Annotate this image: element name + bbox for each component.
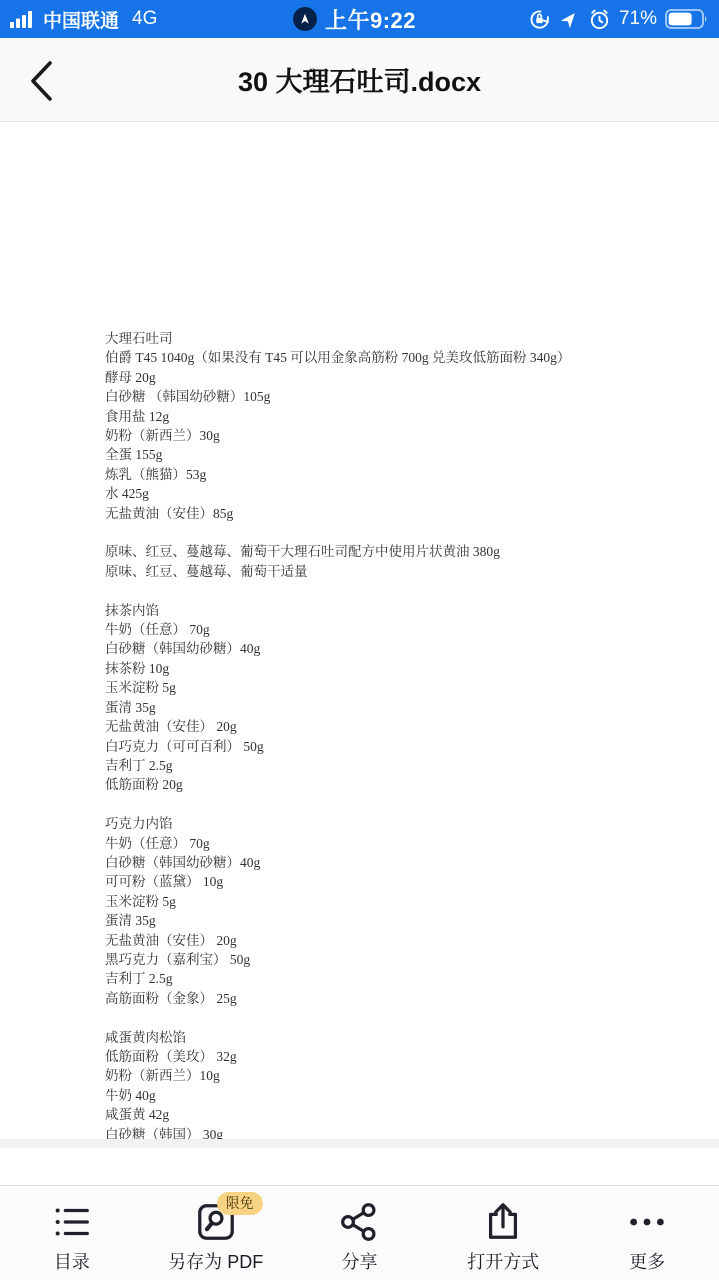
doc-line: 咸蛋黄肉松馅 xyxy=(105,1028,683,1047)
doc-section: 抹茶内馅牛奶（任意） 70g白砂糖（韩国幼砂糖）40g抹茶粉 10g玉米淀粉 5… xyxy=(105,601,683,795)
share-button[interactable]: 分享 xyxy=(288,1186,432,1280)
doc-line: 牛奶 40g xyxy=(105,1086,683,1105)
network-label: 4G xyxy=(132,8,157,30)
more-button[interactable]: 更多 xyxy=(575,1186,719,1280)
doc-line: 高筋面粉（金象） 25g xyxy=(105,989,683,1008)
doc-line: 黑巧克力（嘉利宝） 50g xyxy=(105,950,683,969)
toc-button[interactable]: 目录 xyxy=(0,1186,144,1280)
toc-list-icon xyxy=(49,1199,95,1245)
doc-line: 牛奶（任意） 70g xyxy=(105,620,683,639)
doc-line: 原味、红豆、蔓越莓、葡萄干适量 xyxy=(105,562,683,581)
share-nodes-icon xyxy=(336,1199,382,1245)
doc-line: 白砂糖（韩国幼砂糖）40g xyxy=(105,853,683,872)
doc-section: 大理石吐司伯爵 T45 1040g（如果没有 T45 可以用金象高筋粉 700g… xyxy=(105,329,683,523)
doc-section: 原味、红豆、蔓越莓、葡萄干大理石吐司配方中使用片状黄油 380g原味、红豆、蔓越… xyxy=(105,542,683,581)
doc-line: 白巧克力（可可百利） 50g xyxy=(105,737,683,756)
doc-line: 酵母 20g xyxy=(105,368,683,387)
doc-section: 咸蛋黄肉松馅低筋面粉（美玫） 32g奶粉（新西兰）10g牛奶 40g咸蛋黄 42… xyxy=(105,1028,683,1139)
document-viewer-screen: 中国联通 4G 上午9:22 xyxy=(0,0,719,1280)
document-page[interactable]: 大理石吐司伯爵 T45 1040g（如果没有 T45 可以用金象高筋粉 700g… xyxy=(0,122,719,1139)
limited-free-badge: 限免 xyxy=(217,1192,263,1215)
nav-bar: 30 大理石吐司.docx xyxy=(0,38,719,122)
doc-line: 炼乳（熊猫）53g xyxy=(105,465,683,484)
doc-line: 无盐黄油（安佳） 20g xyxy=(105,717,683,736)
doc-section: 巧克力内馅牛奶（任意） 70g白砂糖（韩国幼砂糖）40g可可粉（蓝黛） 10g玉… xyxy=(105,814,683,1008)
back-button[interactable] xyxy=(18,58,64,104)
location-arrow-icon xyxy=(559,9,580,30)
doc-line: 咸蛋黄 42g xyxy=(105,1105,683,1124)
doc-line: 水 425g xyxy=(105,484,683,503)
doc-line: 奶粉（新西兰）30g xyxy=(105,426,683,445)
doc-line: 奶粉（新西兰）10g xyxy=(105,1066,683,1085)
open-with-button[interactable]: 打开方式 xyxy=(431,1186,575,1280)
share-label: 分享 xyxy=(341,1248,377,1274)
doc-line: 原味、红豆、蔓越莓、葡萄干大理石吐司配方中使用片状黄油 380g xyxy=(105,542,683,561)
doc-line: 无盐黄油（安佳）85g xyxy=(105,504,683,523)
doc-line: 蛋清 35g xyxy=(105,698,683,717)
doc-line: 可可粉（蓝黛） 10g xyxy=(105,872,683,891)
page-separator xyxy=(0,1139,719,1148)
alarm-clock-icon xyxy=(588,8,611,31)
more-label: 更多 xyxy=(629,1248,665,1274)
doc-line: 玉米淀粉 5g xyxy=(105,678,683,697)
document-title: 30 大理石吐司.docx xyxy=(0,60,719,99)
more-dots-icon xyxy=(624,1199,670,1245)
doc-line: 吉利丁 2.5g xyxy=(105,969,683,988)
doc-line: 白砂糖 （韩国幼砂糖）105g xyxy=(105,387,683,406)
open-with-label: 打开方式 xyxy=(467,1248,539,1274)
doc-line: 全蛋 155g xyxy=(105,445,683,464)
clock-label: 上午9:22 xyxy=(325,4,416,35)
battery-percent-label: 71% xyxy=(619,8,657,30)
doc-line: 巧克力内馅 xyxy=(105,814,683,833)
doc-line: 白砂糖（韩国幼砂糖）40g xyxy=(105,639,683,658)
doc-line: 无盐黄油（安佳） 20g xyxy=(105,931,683,950)
doc-line: 抹茶粉 10g xyxy=(105,659,683,678)
status-bar: 中国联通 4G 上午9:22 xyxy=(0,0,719,38)
doc-line: 低筋面粉（美玫） 32g xyxy=(105,1047,683,1066)
toc-label: 目录 xyxy=(54,1248,90,1274)
doc-line: 食用盐 12g xyxy=(105,407,683,426)
save-as-pdf-label: 另存为 PDF xyxy=(168,1248,263,1274)
save-as-pdf-button[interactable]: 限免 另存为 PDF xyxy=(144,1186,288,1280)
navigation-active-icon xyxy=(293,7,317,31)
doc-line: 吉利丁 2.5g xyxy=(105,756,683,775)
doc-line: 牛奶（任意） 70g xyxy=(105,834,683,853)
doc-line: 大理石吐司 xyxy=(105,329,683,348)
status-left-cluster: 中国联通 4G xyxy=(10,6,250,33)
battery-icon xyxy=(665,8,709,30)
status-right-cluster: 71% xyxy=(459,8,709,31)
carrier-label: 中国联通 xyxy=(43,6,119,33)
chevron-left-icon xyxy=(29,60,53,102)
doc-line: 蛋清 35g xyxy=(105,911,683,930)
open-with-icon xyxy=(480,1199,526,1245)
save-as-pdf-icon: 限免 xyxy=(193,1199,239,1245)
doc-line: 低筋面粉 20g xyxy=(105,775,683,794)
doc-line: 抹茶内馅 xyxy=(105,601,683,620)
document-text: 大理石吐司伯爵 T45 1040g（如果没有 T45 可以用金象高筋粉 700g… xyxy=(105,329,683,1139)
status-center-cluster: 上午9:22 xyxy=(250,4,459,35)
doc-line: 伯爵 T45 1040g（如果没有 T45 可以用金象高筋粉 700g 兑美玫低… xyxy=(105,348,683,367)
signal-bars-icon xyxy=(10,10,36,28)
orientation-lock-icon xyxy=(528,8,551,31)
doc-line: 白砂糖（韩国） 30g xyxy=(105,1125,683,1139)
doc-line: 玉米淀粉 5g xyxy=(105,892,683,911)
bottom-toolbar: 目录 限免 另存为 PDF xyxy=(0,1185,719,1280)
